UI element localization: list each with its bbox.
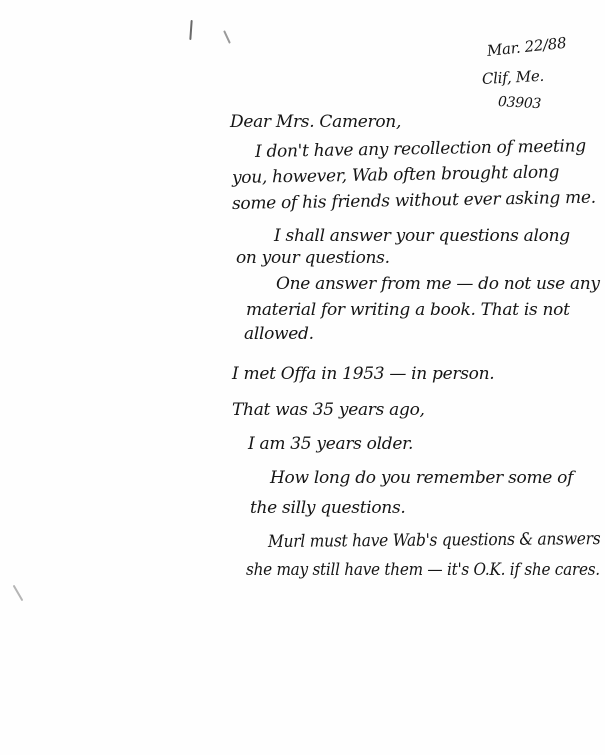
scan-mark-left-edge — [13, 585, 24, 602]
letter-line: you, however, Wab often brought along — [232, 162, 559, 188]
letter-page: Mar. 22/88 Clif, Me. 03903 Dear Mrs. Cam… — [0, 0, 605, 755]
letter-line: That was 35 years ago, — [232, 400, 425, 420]
letter-line: I met Offa in 1953 — in person. — [232, 364, 494, 384]
letter-line: she may still have them — it's O.K. if s… — [246, 560, 600, 580]
letter-line: material for writing a book. That is not — [246, 300, 570, 320]
letter-salutation: Dear Mrs. Cameron, — [230, 112, 401, 132]
letter-line: How long do you remember some of — [270, 468, 573, 488]
scan-mark-top-left — [189, 20, 192, 40]
letter-line: allowed. — [244, 324, 314, 344]
letter-line: I am 35 years older. — [248, 434, 413, 454]
letter-line: Murl must have Wab's questions & answers — [268, 529, 601, 552]
letter-line: I don't have any recollection of meeting — [255, 136, 586, 162]
scan-mark-top-right — [223, 30, 231, 44]
letter-line: I shall answer your questions along — [274, 226, 570, 246]
letter-zip: 03903 — [498, 94, 542, 112]
letter-place: Clif, Me. — [482, 67, 545, 88]
letter-line: on your questions. — [236, 248, 390, 268]
letter-line: One answer from me — do not use any — [276, 274, 600, 294]
letter-line: some of his friends without ever asking … — [232, 188, 596, 214]
letter-line: the silly questions. — [250, 498, 405, 518]
letter-date: Mar. 22/88 — [486, 34, 567, 60]
